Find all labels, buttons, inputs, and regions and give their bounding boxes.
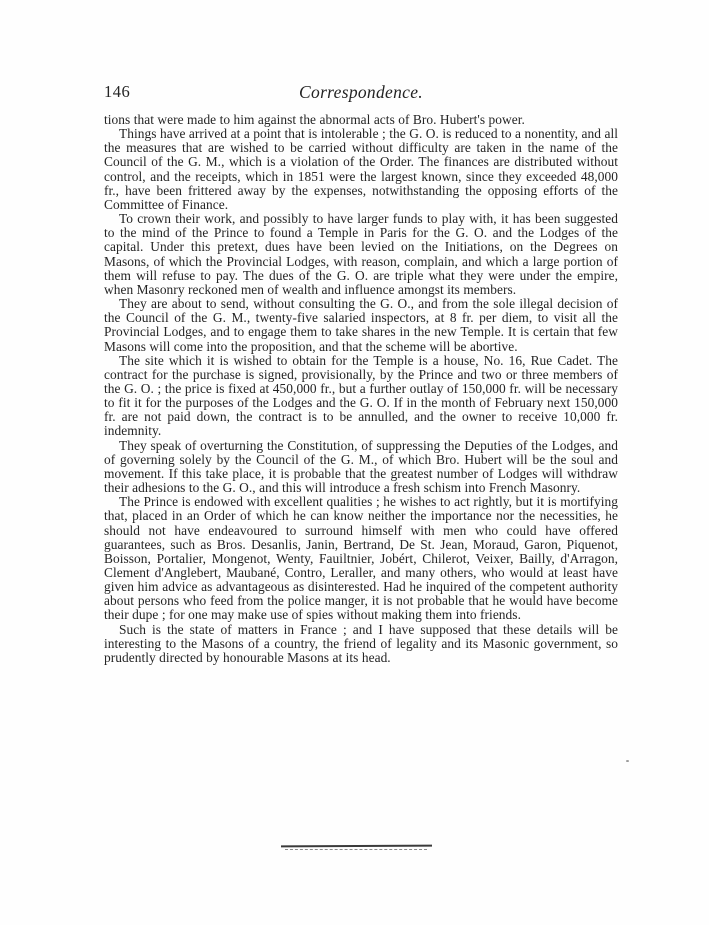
divider-dashed-line (285, 849, 427, 850)
page-header: 146 Correspondence. (104, 82, 618, 106)
section-divider-rule (281, 845, 432, 850)
paragraph: To crown their work, and possibly to hav… (104, 212, 618, 297)
paragraph: They are about to send, without consulti… (104, 297, 618, 354)
scanned-book-page: 146 Correspondence. tions that were made… (0, 0, 709, 925)
running-title: Correspondence. (104, 82, 618, 103)
paragraph: The Prince is endowed with excellent qua… (104, 495, 618, 622)
text-column: 146 Correspondence. tions that were made… (104, 82, 618, 665)
divider-solid-line (281, 845, 432, 848)
paragraph: Such is the state of matters in France ;… (104, 623, 618, 665)
body-text: tions that were made to him against the … (104, 113, 618, 665)
paragraph: tions that were made to him against the … (104, 113, 618, 127)
scan-speck (626, 760, 629, 762)
paragraph: They speak of overturning the Constituti… (104, 439, 618, 496)
paragraph: Things have arrived at a point that is i… (104, 127, 618, 212)
paragraph: The site which it is wished to obtain fo… (104, 354, 618, 439)
